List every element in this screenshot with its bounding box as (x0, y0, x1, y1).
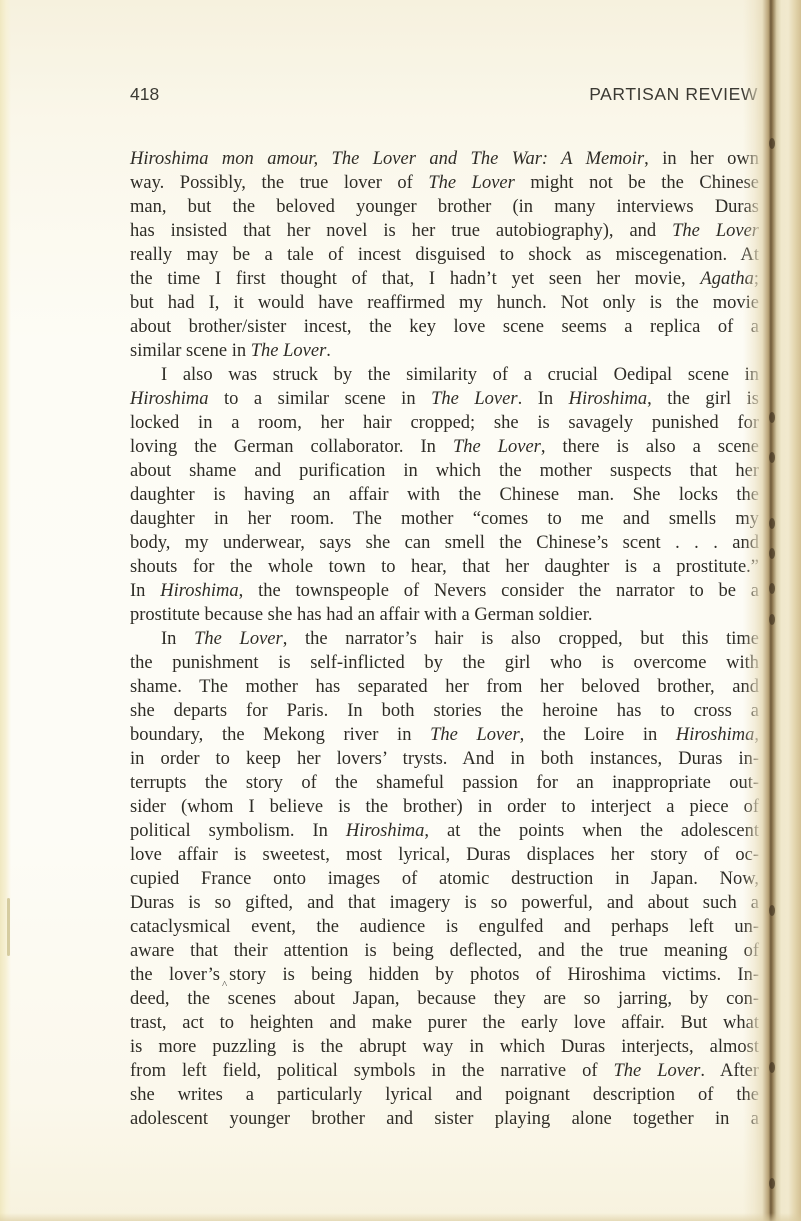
text-run: adolescent younger brother and sister pl… (130, 1109, 759, 1129)
spine-crease-mark (769, 905, 775, 916)
page-bottom-edge (0, 1213, 801, 1221)
text-run: really may be a tale of incest disguised… (130, 245, 759, 265)
spine-crease-mark (769, 548, 775, 559)
book-title-italic: The Lover (428, 173, 514, 193)
text-line: I also was struck by the similarity of a… (130, 363, 759, 387)
text-line: body, my underwear, says she can smell t… (130, 531, 759, 555)
page-number: 418 (130, 84, 159, 105)
text-run: shame. The mother has separated her from… (130, 677, 759, 697)
text-line: locked in a room, her hair cropped; she … (130, 411, 759, 435)
text-run: story is being hidden by photos of Hiros… (229, 965, 759, 985)
text-line: terrupts the story of the shameful passi… (130, 771, 759, 795)
text-line: trast, act to heighten and make purer th… (130, 1011, 759, 1035)
text-run: , the Loire in (520, 725, 676, 745)
text-run: cataclysmical event, the audience is eng… (130, 917, 759, 937)
text-line: similar scene in The Lover. (130, 339, 759, 363)
spine-crease-mark (769, 452, 775, 463)
text-line: adolescent younger brother and sister pl… (130, 1107, 759, 1131)
text-run: from left field, political symbols in th… (130, 1061, 613, 1081)
text-line: boundary, the Mekong river in The Lover,… (130, 723, 759, 747)
text-line: love affair is sweetest, most lyrical, D… (130, 843, 759, 867)
book-spine-edge (743, 0, 801, 1221)
text-run: terrupts the story of the shameful passi… (130, 773, 759, 793)
text-line: about brother/sister incest, the key lov… (130, 315, 759, 339)
text-run: trast, act to heighten and make purer th… (130, 1013, 759, 1033)
book-title-italic: The Lover (613, 1061, 700, 1081)
text-run: , in her own (644, 149, 759, 169)
text-line: but had I, it would have reaffirmed my h… (130, 291, 759, 315)
spine-crease-mark (769, 518, 775, 529)
text-line: she writes a particularly lyrical and po… (130, 1083, 759, 1107)
text-line: man, but the beloved younger brother (in… (130, 195, 759, 219)
book-title-italic: Hiroshima (130, 389, 208, 409)
text-run: sider (whom I believe is the brother) in… (130, 797, 759, 817)
text-run: way. Possibly, the true lover of (130, 173, 428, 193)
text-line: has insisted that her novel is her true … (130, 219, 759, 243)
text-run: loving the German collaborator. In (130, 437, 453, 457)
book-title-italic: The Lover (430, 725, 520, 745)
text-line: from left field, political symbols in th… (130, 1059, 759, 1083)
paragraph: Hiroshima mon amour, The Lover and The W… (130, 147, 759, 363)
text-line: shame. The mother has separated her from… (130, 675, 759, 699)
text-run: , there is also a scene (541, 437, 759, 457)
text-run: about brother/sister incest, the key lov… (130, 317, 759, 337)
page-text: Hiroshima mon amour, The Lover and The W… (130, 147, 759, 1131)
book-title-italic: The Lover (194, 629, 283, 649)
text-line: is more puzzling is the abrupt way in wh… (130, 1035, 759, 1059)
text-run: has insisted that her novel is her true … (130, 221, 672, 241)
text-run: she writes a particularly lyrical and po… (130, 1085, 759, 1105)
text-line: In Hiroshima, the townspeople of Nevers … (130, 579, 759, 603)
text-line: Hiroshima mon amour, The Lover and The W… (130, 147, 759, 171)
text-run: aware that their attention is being defl… (130, 941, 759, 961)
text-line: cataclysmical event, the audience is eng… (130, 915, 759, 939)
book-title-italic: Hiroshima (569, 389, 647, 409)
paragraph: I also was struck by the similarity of a… (130, 363, 759, 627)
text-run: love affair is sweetest, most lyrical, D… (130, 845, 759, 865)
text-run: locked in a room, her hair cropped; she … (130, 413, 759, 433)
text-line: she departs for Paris. In both stories t… (130, 699, 759, 723)
book-title-italic: The Lover (251, 341, 327, 361)
text-line: about shame and purification in which th… (130, 459, 759, 483)
paragraph: In The Lover, the narrator’s hair is als… (130, 627, 759, 1131)
text-line: Hiroshima to a similar scene in The Love… (130, 387, 759, 411)
text-run: prostitute because she has had an affair… (130, 605, 593, 625)
book-title-italic: Hiroshima mon amour, The Lover and The W… (130, 149, 644, 169)
text-line: prostitute because she has had an affair… (130, 603, 759, 627)
scanned-page: 418 PARTISAN REVIEW Hiroshima mon amour,… (0, 0, 801, 1221)
journal-title: PARTISAN REVIEW (589, 84, 758, 105)
book-title-italic: The Lover (431, 389, 517, 409)
book-title-italic: Hiroshima (160, 581, 238, 601)
book-title-italic: The Lover (453, 437, 541, 457)
text-line: deed, the scenes about Japan, because th… (130, 987, 759, 1011)
spine-crease-mark (769, 1178, 775, 1189)
text-line: daughter is having an affair with the Ch… (130, 483, 759, 507)
text-run: the lover’s (130, 965, 220, 985)
text-line: political symbolism. In Hiroshima, at th… (130, 819, 759, 843)
text-run: , the narrator’s hair is also cropped, b… (283, 629, 759, 649)
page-left-edge (0, 0, 11, 1221)
text-line: daughter in her room. The mother “comes … (130, 507, 759, 531)
text-run: . (326, 341, 331, 361)
text-run: similar scene in (130, 341, 251, 361)
text-line: really may be a tale of incest disguised… (130, 243, 759, 267)
text-run: . In (518, 389, 569, 409)
text-run: daughter in her room. The mother “comes … (130, 509, 759, 529)
text-line: the lover’s^story is being hidden by pho… (130, 963, 759, 987)
text-line: Duras is so gifted, and that imagery is … (130, 891, 759, 915)
text-run: daughter is having an affair with the Ch… (130, 485, 759, 505)
text-run: deed, the scenes about Japan, because th… (130, 989, 759, 1009)
text-run: the punishment is self-inflicted by the … (130, 653, 759, 673)
text-run: shouts for the whole town to hear, that … (130, 557, 759, 577)
text-run: Duras is so gifted, and that imagery is … (130, 893, 759, 913)
text-line: shouts for the whole town to hear, that … (130, 555, 759, 579)
text-run: but had I, it would have reaffirmed my h… (130, 293, 759, 313)
left-margin-mark (7, 898, 10, 956)
text-run: cupied France onto images of atomic dest… (130, 869, 759, 889)
text-line: aware that their attention is being defl… (130, 939, 759, 963)
spine-crease-mark (769, 1062, 775, 1073)
text-run: body, my underwear, says she can smell t… (130, 533, 759, 553)
text-run: I also was struck by the similarity of a… (161, 365, 759, 385)
running-head: 418 PARTISAN REVIEW (130, 84, 758, 105)
text-run: about shame and purification in which th… (130, 461, 759, 481)
text-run: political symbolism. In (130, 821, 346, 841)
text-run: , the townspeople of Nevers consider the… (239, 581, 759, 601)
text-run: might not be the Chinese (515, 173, 759, 193)
spine-crease-mark (769, 138, 775, 149)
text-line: sider (whom I believe is the brother) in… (130, 795, 759, 819)
text-run: In (161, 629, 194, 649)
text-line: in order to keep her lovers’ trysts. And… (130, 747, 759, 771)
text-run: in order to keep her lovers’ trysts. And… (130, 749, 759, 769)
text-run: she departs for Paris. In both stories t… (130, 701, 759, 721)
book-title-italic: Hiroshima (346, 821, 424, 841)
spine-crease-mark (769, 412, 775, 423)
text-run: the time I first thought of that, I hadn… (130, 269, 700, 289)
text-line: In The Lover, the narrator’s hair is als… (130, 627, 759, 651)
text-run: man, but the beloved younger brother (in… (130, 197, 759, 217)
spine-crease-mark (769, 583, 775, 594)
text-run: , at the points when the adolescent (424, 821, 759, 841)
text-line: the time I first thought of that, I hadn… (130, 267, 759, 291)
text-line: way. Possibly, the true lover of The Lov… (130, 171, 759, 195)
text-line: loving the German collaborator. In The L… (130, 435, 759, 459)
text-run: boundary, the Mekong river in (130, 725, 430, 745)
text-run: to a similar scene in (208, 389, 431, 409)
text-run: In (130, 581, 160, 601)
text-run: is more puzzling is the abrupt way in wh… (130, 1037, 759, 1057)
text-line: the punishment is self-inflicted by the … (130, 651, 759, 675)
text-line: cupied France onto images of atomic dest… (130, 867, 759, 891)
spine-crease-mark (769, 614, 775, 625)
